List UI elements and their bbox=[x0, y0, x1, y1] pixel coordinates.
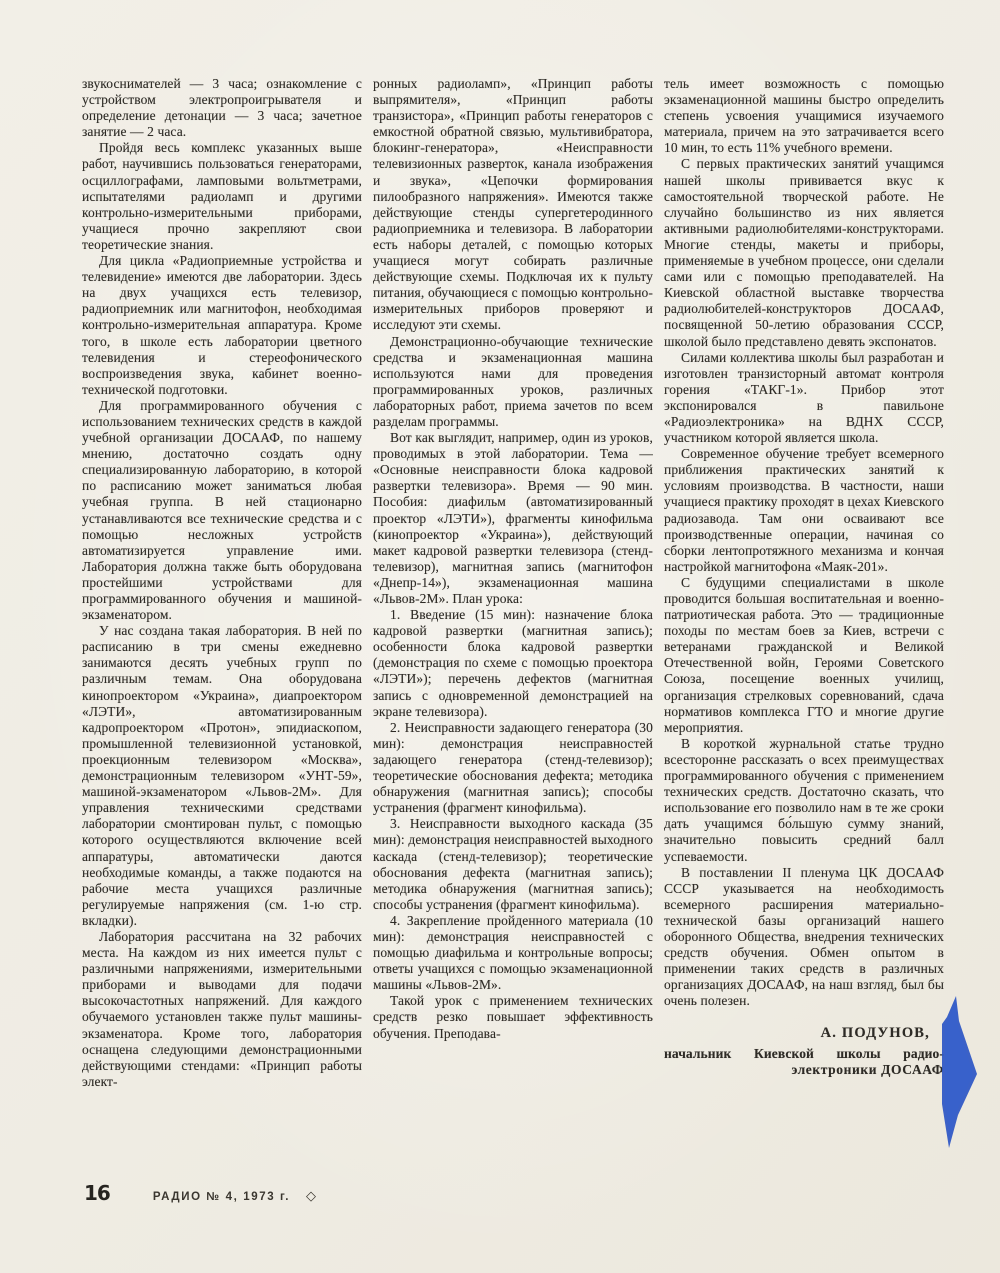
paragraph: Для цикла «Радиоприемные устройства и те… bbox=[82, 253, 362, 398]
paragraph: тель имеет возможность с помощью экзамен… bbox=[664, 76, 944, 156]
paragraph: Пройдя весь комплекс указанных выше рабо… bbox=[82, 140, 362, 253]
paragraph: 4. Закрепление пройденного материала (10… bbox=[373, 913, 653, 993]
paragraph: Такой урок с применением технических сре… bbox=[373, 993, 653, 1041]
author-name: А. ПОДУНОВ, bbox=[664, 1025, 944, 1041]
author-role-line-2: электроники ДОСААФ bbox=[664, 1062, 944, 1078]
paragraph: 2. Неисправности задающего генератора (3… bbox=[373, 720, 653, 817]
paragraph: Лаборатория рассчитана на 32 рабочих мес… bbox=[82, 929, 362, 1090]
paragraph: С будущими специалистами в школе проводи… bbox=[664, 575, 944, 736]
diamond-icon: ◇ bbox=[306, 1189, 316, 1204]
paragraph: Для программированного обучения с исполь… bbox=[82, 398, 362, 623]
paragraph: Силами коллектива школы был разработан и… bbox=[664, 350, 944, 447]
paragraph: Вот как выглядит, например, один из урок… bbox=[373, 430, 653, 607]
text-column-1: звукоснимателей — 3 часа; ознакомление с… bbox=[82, 76, 362, 1166]
magazine-page: звукоснимателей — 3 часа; ознакомление с… bbox=[0, 0, 1000, 1273]
paragraph: звукоснимателей — 3 часа; ознакомление с… bbox=[82, 76, 362, 140]
text-column-3: тель имеет возможность с помощью экзамен… bbox=[664, 76, 944, 1166]
paragraph: В короткой журнальной статье трудно всес… bbox=[664, 736, 944, 865]
column-2-paragraphs: ронных радиоламп», «Принцип работы выпря… bbox=[373, 76, 653, 1042]
blue-right-arrow-icon bbox=[936, 996, 982, 1150]
text-column-2: ронных радиоламп», «Принцип работы выпря… bbox=[373, 76, 653, 1166]
journal-issue-label: РАДИО № 4, 1973 г. bbox=[153, 1191, 290, 1203]
article-body: звукоснимателей — 3 часа; ознакомление с… bbox=[82, 76, 944, 1166]
author-role-line-1: начальник Киевской школы радио- bbox=[664, 1046, 944, 1062]
paragraph: 3. Неисправности выходного каскада (35 м… bbox=[373, 816, 653, 913]
paragraph: Современное обучение требует всемерного … bbox=[664, 446, 944, 575]
author-signature: А. ПОДУНОВ, начальник Киевской школы рад… bbox=[664, 1025, 944, 1077]
paragraph: ронных радиоламп», «Принцип работы выпря… bbox=[373, 76, 653, 334]
page-footer: 16 РАДИО № 4, 1973 г. ◇ bbox=[84, 1181, 316, 1205]
paragraph: 1. Введение (15 мин): назначение блока к… bbox=[373, 607, 653, 720]
paragraph: С первых практических занятий учащимся н… bbox=[664, 156, 944, 349]
column-1-paragraphs: звукоснимателей — 3 часа; ознакомление с… bbox=[82, 76, 362, 1090]
paragraph: В поставлении II пленума ЦК ДОСААФ СССР … bbox=[664, 865, 944, 1010]
paragraph: Демонстрационно-обучающие технические ср… bbox=[373, 334, 653, 431]
paragraph: У нас создана такая лаборатория. В ней п… bbox=[82, 623, 362, 929]
column-3-paragraphs: тель имеет возможность с помощью экзамен… bbox=[664, 76, 944, 1009]
page-number: 16 bbox=[84, 1181, 110, 1205]
